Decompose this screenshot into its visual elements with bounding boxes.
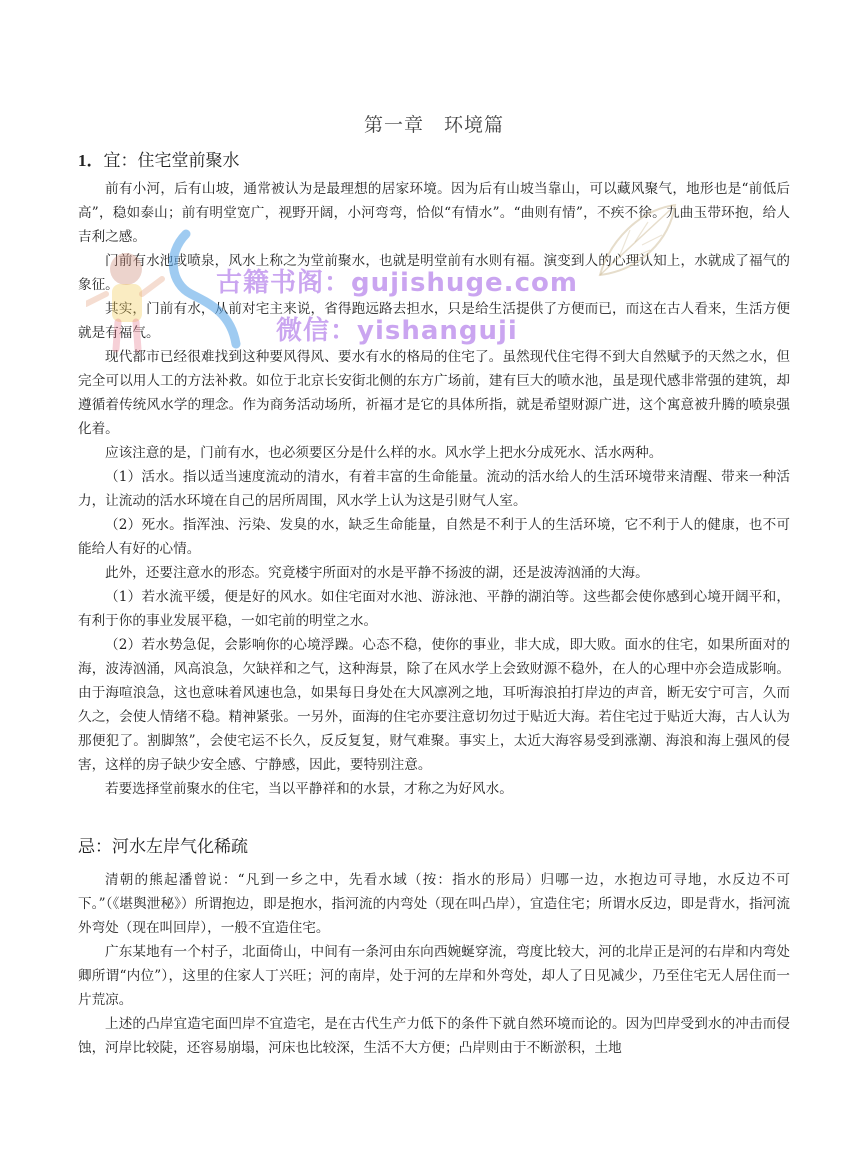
section-heading-1: 1．宜：住宅堂前聚水 bbox=[78, 146, 240, 171]
section-title: 宜：住宅堂前聚水 bbox=[104, 151, 240, 171]
list-item: （1）活水。指以适当速度流动的清水，有着丰富的生命能量。流动的活水给人的生活环境… bbox=[78, 465, 790, 513]
paragraph: 现代都市已经很难找到这种要风得风、要水有水的格局的住宅了。虽然现代住宅得不到大自… bbox=[78, 345, 790, 441]
section-1-body: 前有小河，后有山坡，通常被认为是最理想的居家环境。因为后有山坡当靠山，可以藏风聚… bbox=[78, 177, 790, 801]
section-2-body: 清朝的熊起潘曾说：“凡到一乡之中，先看水域（按：指水的形局）归哪一边，水抱边可寻… bbox=[78, 868, 790, 1060]
list-item: （1）若水流平缓，便是好的风水。如住宅面对水池、游泳池、平静的湖泊等。这些都会使… bbox=[78, 585, 790, 633]
paragraph: 应该注意的是，门前有水，也必须要区分是什么样的水。风水学上把水分成死水、活水两种… bbox=[78, 441, 790, 465]
paragraph: 前有小河，后有山坡，通常被认为是最理想的居家环境。因为后有山坡当靠山，可以藏风聚… bbox=[78, 177, 790, 249]
list-item: （2）若水势急促，会影响你的心境浮躁。心态不稳，使你的事业，非大成，即大败。面水… bbox=[78, 633, 790, 777]
chapter-title: 第一章 环境篇 bbox=[0, 110, 868, 137]
paragraph: 清朝的熊起潘曾说：“凡到一乡之中，先看水域（按：指水的形局）归哪一边，水抱边可寻… bbox=[78, 868, 790, 940]
section-heading-2: 忌：河水左岸气化稀疏 bbox=[78, 832, 248, 857]
document-page: 第一章 环境篇 1．宜：住宅堂前聚水 前有小河，后有山坡，通常被认为是最理想的居… bbox=[0, 0, 868, 1167]
paragraph: 上述的凸岸宜造宅面凹岸不宜造宅，是在古代生产力低下的条件下就自然环境而论的。因为… bbox=[78, 1012, 790, 1060]
paragraph: 此外，还要注意水的形态。究竟楼宇所面对的水是平静不扬波的湖，还是波涛汹涌的大海。 bbox=[78, 561, 790, 585]
list-item: （2）死水。指浑浊、污染、发臭的水，缺乏生命能量，自然是不利于人的生活环境，它不… bbox=[78, 513, 790, 561]
paragraph: 门前有水池或喷泉，风水上称之为堂前聚水，也就是明堂前有水则有福。演变到人的心理认… bbox=[78, 249, 790, 297]
section-number: 1． bbox=[78, 151, 104, 170]
paragraph: 若要选择堂前聚水的住宅，当以平静祥和的水景，才称之为好风水。 bbox=[78, 777, 790, 801]
paragraph: 其实，门前有水，从前对宅主来说，省得跑远路去担水，只是给生活提供了方便而已，而这… bbox=[78, 297, 790, 345]
paragraph: 广东某地有一个村子，北面倚山，中间有一条河由东向西婉蜒穿流，弯度比较大，河的北岸… bbox=[78, 940, 790, 1012]
